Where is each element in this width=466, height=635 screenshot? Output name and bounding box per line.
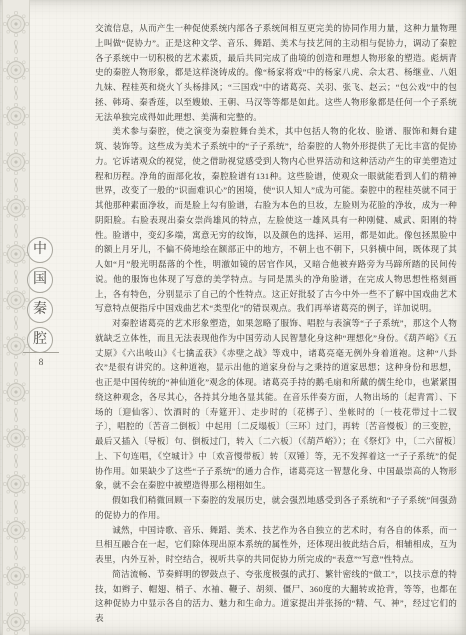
page-number: 8 — [27, 358, 55, 368]
floral-border-ornament — [2, 0, 30, 635]
paragraph: 假如我们稍微回顾一下秦腔的发展历史，就会强烈地感受到各子系统和“子子系统”间强劲… — [95, 493, 457, 523]
paragraph: 交流信息，从而产生一种促使系统内部各子系统间相互更完美的协同作用力量，这种力量物… — [95, 21, 457, 124]
page-number-divider — [23, 352, 59, 353]
paragraph: 诚然，中国诗歌、音乐、舞蹈、美术、技艺作为各自独立的艺术时，有各自的体系，而一旦… — [95, 523, 457, 567]
paragraph: 美术参与秦腔，使之演变为秦腔舞台美术，其中包括人物的化妆、脸谱、服饰和舞台建筑、… — [95, 124, 457, 316]
body-text: 交流信息，从而产生一种促使系统内部各子系统间相互更完美的协同作用力量，这种力量物… — [95, 21, 457, 626]
paragraph: 对秦腔诸葛亮的艺术形象塑造，如果忽略了服饰、唱腔与表演等“子子系统”，那这个人物… — [95, 316, 457, 493]
title-char: 腔 — [33, 333, 47, 347]
title-char-circle: 腔 — [27, 327, 53, 353]
title-char-circle: 国 — [27, 267, 53, 293]
floral-medallion-strip-icon — [2, 0, 30, 635]
title-char-circle: 秦 — [27, 297, 53, 323]
paragraph: 简洁流畅、节奏鲜明的锣鼓点子、夸张度极强的武打、繁针密线的“做工”，以技示意的特… — [95, 567, 457, 626]
title-char: 中 — [33, 243, 47, 257]
title-char-circle: 中 — [27, 237, 53, 263]
book-title-spine: 中 国 秦 腔 — [27, 237, 55, 357]
book-page: 中 国 秦 腔 8 交流信息，从而产生一种促使系统内部各子系统间相互更完美的协同… — [0, 0, 466, 635]
title-char: 秦 — [33, 303, 47, 317]
title-char: 国 — [33, 273, 47, 287]
